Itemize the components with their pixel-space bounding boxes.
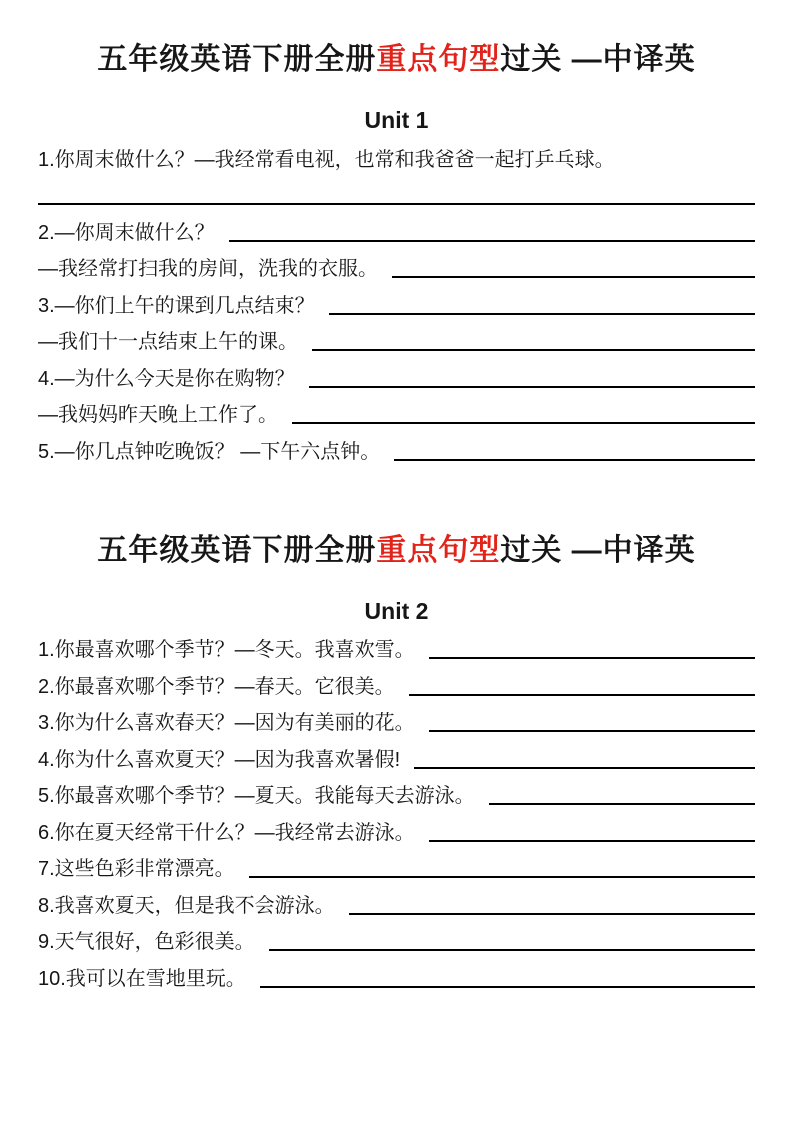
doc-title-part2: 过关 —中译英 — [500, 43, 695, 76]
sentence-text: 2.—你周末做什么？ — [38, 220, 215, 250]
answer-blank-line — [429, 840, 755, 842]
answer-blank-line — [392, 276, 755, 278]
section-unit-1: 五年级英语下册全册重点句型过关 —中译英 Unit 1 1.你周末做什么？—我经… — [38, 0, 755, 469]
sentence-row: 5.—你几点钟吃晚饭？ —下午六点钟。 — [38, 432, 755, 469]
sentence-text: 9.天气很好，色彩很美。 — [38, 929, 255, 959]
sentence-row: 9.天气很好，色彩很美。 — [38, 923, 755, 960]
answer-blank-line — [429, 730, 755, 732]
answer-blank-line — [429, 657, 755, 659]
sentence-text: 5.你最喜欢哪个季节？—夏天。我能每天去游泳。 — [38, 783, 475, 813]
sentence-row: 4.—为什么今天是你在购物？ — [38, 359, 755, 396]
sentence-text: 5.—你几点钟吃晚饭？ —下午六点钟。 — [38, 439, 380, 469]
answer-blank-line — [309, 386, 755, 388]
answer-blank-line — [269, 949, 755, 951]
sentence-text: 3.—你们上午的课到几点结束？ — [38, 293, 315, 323]
sentence-row: —我们十一点结束上午的课。 — [38, 323, 755, 360]
answer-blank-line — [38, 203, 755, 205]
sentence-text: 4.—为什么今天是你在购物？ — [38, 366, 295, 396]
sentence-text: 3.你为什么喜欢春天？—因为有美丽的花。 — [38, 710, 415, 740]
sentence-row: 3.你为什么喜欢春天？—因为有美丽的花。 — [38, 704, 755, 741]
doc-title: 五年级英语下册全册重点句型过关 —中译英 — [38, 0, 755, 78]
sentence-text: 4.你为什么喜欢夏天？—因为我喜欢暑假! — [38, 747, 400, 777]
sentence-text: 6.你在夏天经常干什么？—我经常去游泳。 — [38, 820, 415, 850]
sentence-row — [38, 177, 755, 214]
answer-blank-line — [414, 767, 755, 769]
sentence-text: 2.你最喜欢哪个季节？—春天。它很美。 — [38, 674, 395, 704]
answer-blank-line — [329, 313, 755, 315]
sentence-text: —我妈妈昨天晚上工作了。 — [38, 402, 278, 432]
sentence-text: 8.我喜欢夏天，但是我不会游泳。 — [38, 893, 335, 923]
sentence-text: —我们十一点结束上午的课。 — [38, 329, 298, 359]
sentence-row: —我妈妈昨天晚上工作了。 — [38, 396, 755, 433]
sentence-row: 10.我可以在雪地里玩。 — [38, 959, 755, 996]
sentence-list: 1.你周末做什么？—我经常看电视，也常和我爸爸一起打乒乓球。 2.—你周末做什么… — [38, 140, 755, 469]
sentence-text: —我经常打扫我的房间，洗我的衣服。 — [38, 256, 378, 286]
sentence-row: —我经常打扫我的房间，洗我的衣服。 — [38, 250, 755, 287]
worksheet-page: 五年级英语下册全册重点句型过关 —中译英 Unit 1 1.你周末做什么？—我经… — [0, 0, 793, 1122]
sentence-row: 2.你最喜欢哪个季节？—春天。它很美。 — [38, 667, 755, 704]
doc-title-highlight: 重点句型 — [376, 43, 500, 76]
answer-blank-line — [489, 803, 755, 805]
answer-blank-line — [312, 349, 755, 351]
sentence-row: 3.—你们上午的课到几点结束？ — [38, 286, 755, 323]
sentence-text: 1.你周末做什么？—我经常看电视，也常和我爸爸一起打乒乓球。 — [38, 147, 615, 177]
doc-title-part1: 五年级英语下册全册 — [97, 43, 376, 76]
answer-blank-line — [409, 694, 755, 696]
sentence-list: 1.你最喜欢哪个季节？—冬天。我喜欢雪。 2.你最喜欢哪个季节？—春天。它很美。… — [38, 631, 755, 996]
sentence-row: 6.你在夏天经常干什么？—我经常去游泳。 — [38, 813, 755, 850]
sentence-row: 4.你为什么喜欢夏天？—因为我喜欢暑假! — [38, 740, 755, 777]
sentence-row: 5.你最喜欢哪个季节？—夏天。我能每天去游泳。 — [38, 777, 755, 814]
sentence-row: 7.这些色彩非常漂亮。 — [38, 850, 755, 887]
answer-blank-line — [349, 913, 755, 915]
section-unit-2: 五年级英语下册全册重点句型过关 —中译英 Unit 2 1.你最喜欢哪个季节？—… — [38, 469, 755, 996]
answer-blank-line — [394, 459, 755, 461]
doc-title: 五年级英语下册全册重点句型过关 —中译英 — [38, 469, 755, 569]
doc-title-part1: 五年级英语下册全册 — [97, 534, 376, 567]
sentence-text: 10.我可以在雪地里玩。 — [38, 966, 246, 996]
doc-title-part2: 过关 —中译英 — [500, 534, 695, 567]
answer-blank-line — [249, 876, 755, 878]
unit-heading: Unit 1 — [38, 108, 755, 132]
sentence-row: 8.我喜欢夏天，但是我不会游泳。 — [38, 886, 755, 923]
sentence-row: 2.—你周末做什么？ — [38, 213, 755, 250]
answer-blank-line — [260, 986, 755, 988]
sentence-text: 7.这些色彩非常漂亮。 — [38, 856, 235, 886]
answer-blank-line — [229, 240, 755, 242]
doc-title-highlight: 重点句型 — [376, 534, 500, 567]
sentence-text: 1.你最喜欢哪个季节？—冬天。我喜欢雪。 — [38, 637, 415, 667]
sentence-row: 1.你最喜欢哪个季节？—冬天。我喜欢雪。 — [38, 631, 755, 668]
sentence-row: 1.你周末做什么？—我经常看电视，也常和我爸爸一起打乒乓球。 — [38, 140, 755, 177]
unit-heading: Unit 2 — [38, 599, 755, 623]
answer-blank-line — [292, 422, 755, 424]
